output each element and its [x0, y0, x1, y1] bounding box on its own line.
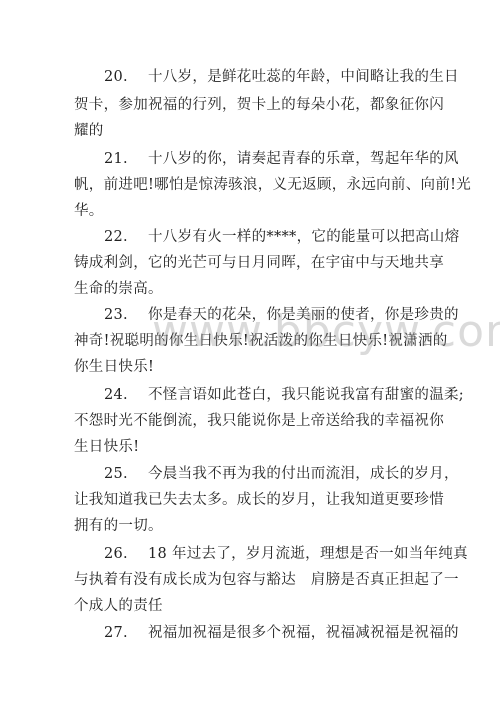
- item-22-line-1: 22.十八岁有火一样的****，它的能量可以把高山熔: [104, 228, 459, 246]
- item-25-line-2: 让我知道我已失去太多。成长的岁月，让我知道更要珍惜: [74, 491, 444, 509]
- item-number: 26.: [104, 545, 148, 563]
- item-number: 24.: [104, 386, 148, 404]
- item-number: 27.: [104, 624, 148, 642]
- item-text: 十八岁，是鲜花吐蕊的年龄，中间略让我的生日: [148, 69, 459, 85]
- item-text: 不怪言语如此苍白，我只能说我富有甜蜜的温柔;: [148, 387, 464, 403]
- item-27-line-1: 27.祝福加祝福是很多个祝福，祝福减祝福是祝福的: [104, 624, 459, 642]
- item-text: 十八岁有火一样的****，它的能量可以把高山熔: [148, 229, 459, 245]
- item-25-line-1: 25.今晨当我不再为我的付出而流泪，成长的岁月，: [104, 465, 459, 483]
- item-26-line-3: 个成人的责任: [74, 597, 163, 615]
- item-text: 你是春天的花朵，你是美丽的使者，你是珍贵的: [148, 307, 459, 323]
- item-26-line-2: 与执着有没有成长成为包容与豁达 肩膀是否真正担起了一: [74, 571, 459, 589]
- item-24-line-3: 生日快乐!: [74, 438, 139, 456]
- item-number: 25.: [104, 465, 148, 483]
- item-text: 十八岁的你，请奏起青春的乐章，驾起年华的风: [148, 151, 459, 167]
- item-22-line-2: 铸成利剑，它的光芒可与日月同晖，在宇宙中与天地共享: [74, 254, 444, 272]
- item-22-line-3: 生命的崇高。: [74, 280, 163, 298]
- item-21-line-3: 华。: [74, 202, 104, 220]
- item-20-line-1: 20.十八岁，是鲜花吐蕊的年龄，中间略让我的生日: [104, 68, 459, 86]
- item-number: 23.: [104, 306, 148, 324]
- item-20-line-3: 耀的: [74, 122, 104, 140]
- item-21-line-2: 帆，前进吧!哪怕是惊涛骇浪，义无返顾，永远向前、向前!光: [74, 176, 471, 194]
- item-23-line-2: 神奇!祝聪明的你生日快乐!祝活泼的你生日快乐!祝潇洒的: [74, 332, 448, 350]
- item-number: 21.: [104, 150, 148, 168]
- item-number: 22.: [104, 228, 148, 246]
- item-20-line-2: 贺卡，参加祝福的行列，贺卡上的每朵小花，都象征你闪: [74, 96, 444, 114]
- document-page: 20.十八岁，是鲜花吐蕊的年龄，中间略让我的生日 贺卡，参加祝福的行列，贺卡上的…: [0, 0, 500, 708]
- item-25-line-3: 拥有的一切。: [74, 517, 163, 535]
- item-24-line-2: 不怨时光不能倒流，我只能说你是上帝送给我的幸福祝你: [74, 412, 444, 430]
- item-text: 祝福加祝福是很多个祝福，祝福减祝福是祝福的: [148, 625, 459, 641]
- item-23-line-3: 你生日快乐!: [74, 358, 154, 376]
- item-text: 今晨当我不再为我的付出而流泪，成长的岁月，: [148, 466, 459, 482]
- item-23-line-1: 23.你是春天的花朵，你是美丽的使者，你是珍贵的: [104, 306, 459, 324]
- item-text: 18 年过去了，岁月流逝，理想是否一如当年纯真: [148, 546, 468, 562]
- item-24-line-1: 24.不怪言语如此苍白，我只能说我富有甜蜜的温柔;: [104, 386, 464, 404]
- item-21-line-1: 21.十八岁的你，请奏起青春的乐章，驾起年华的风: [104, 150, 459, 168]
- item-number: 20.: [104, 68, 148, 86]
- item-26-line-1: 26.18 年过去了，岁月流逝，理想是否一如当年纯真: [104, 545, 468, 563]
